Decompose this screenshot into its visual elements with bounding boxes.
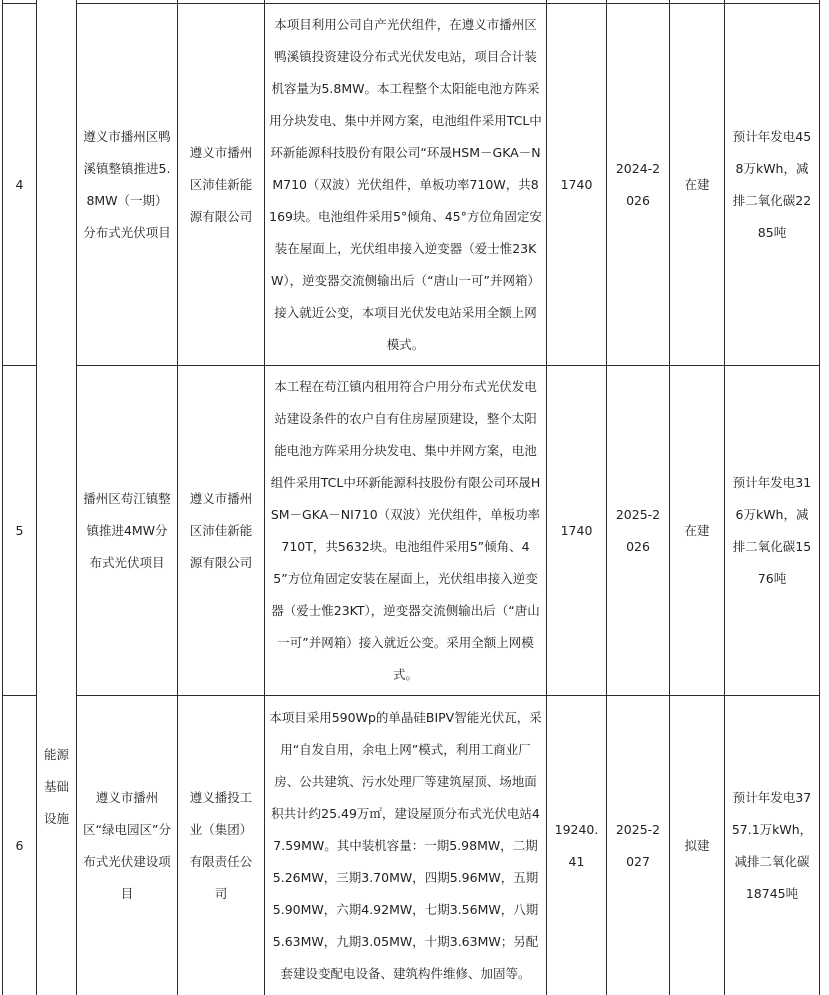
category-cell: 能源基础设施 (37, 0, 77, 995)
project-description: 本工程在苟江镇内租用符合户用分布式光伏发电站建设条件的农户自有住房屋顶建设，整个… (265, 366, 547, 696)
table-row: 5 播州区苟江镇整镇推进4MW分布式光伏项目 遵义市播州区沛佳新能源有限公司 本… (3, 366, 820, 696)
status: 在建 (670, 366, 725, 696)
project-owner: 遵义市播州区沛佳新能源有限公司 (178, 4, 265, 366)
project-name: 遵义市播州区鸭溪镇整镇推进5.8MW（一期）分布式光伏项目 (77, 4, 178, 366)
project-name: 播州区苟江镇整镇推进4MW分布式光伏项目 (77, 366, 178, 696)
project-table: 能源基础设施 4 遵义市播州区鸭溪镇整镇推进5.8MW（一期）分布式光伏项目 遵… (2, 0, 820, 995)
expected-benefit: 预计年发电458万kWh，减排二氧化碳2285吨 (725, 4, 820, 366)
investment: 19240.41 (547, 696, 607, 995)
row-number: 5 (3, 366, 37, 696)
investment: 1740 (547, 4, 607, 366)
expected-benefit: 预计年发电3757.1万kWh，减排二氧化碳18745吨 (725, 696, 820, 995)
investment: 1740 (547, 366, 607, 696)
project-owner: 遵义播投工业（集团）有限责任公司 (178, 696, 265, 995)
table-row: 4 遵义市播州区鸭溪镇整镇推进5.8MW（一期）分布式光伏项目 遵义市播州区沛佳… (3, 4, 820, 366)
project-description: 本项目采用590Wp的单晶硅BIPV智能光伏瓦，采用“自发自用，余电上网”模式，… (265, 696, 547, 995)
expected-benefit: 预计年发电316万kWh，减排二氧化碳1576吨 (725, 366, 820, 696)
project-description: 本项目利用公司自产光伏组件，在遵义市播州区鸭溪镇投资建设分布式光伏发电站，项目合… (265, 4, 547, 366)
category-label: 能源基础设施 (44, 739, 70, 835)
construction-period: 2024-2026 (607, 4, 670, 366)
project-name: 遵义市播州区“绿电园区”分布式光伏建设项目 (77, 696, 178, 995)
construction-period: 2025-2026 (607, 366, 670, 696)
table-row: 6 遵义市播州区“绿电园区”分布式光伏建设项目 遵义播投工业（集团）有限责任公司… (3, 696, 820, 995)
project-owner: 遵义市播州区沛佳新能源有限公司 (178, 366, 265, 696)
status: 拟建 (670, 696, 725, 995)
row-number: 4 (3, 4, 37, 366)
status: 在建 (670, 4, 725, 366)
construction-period: 2025-2027 (607, 696, 670, 995)
row-number: 6 (3, 696, 37, 995)
